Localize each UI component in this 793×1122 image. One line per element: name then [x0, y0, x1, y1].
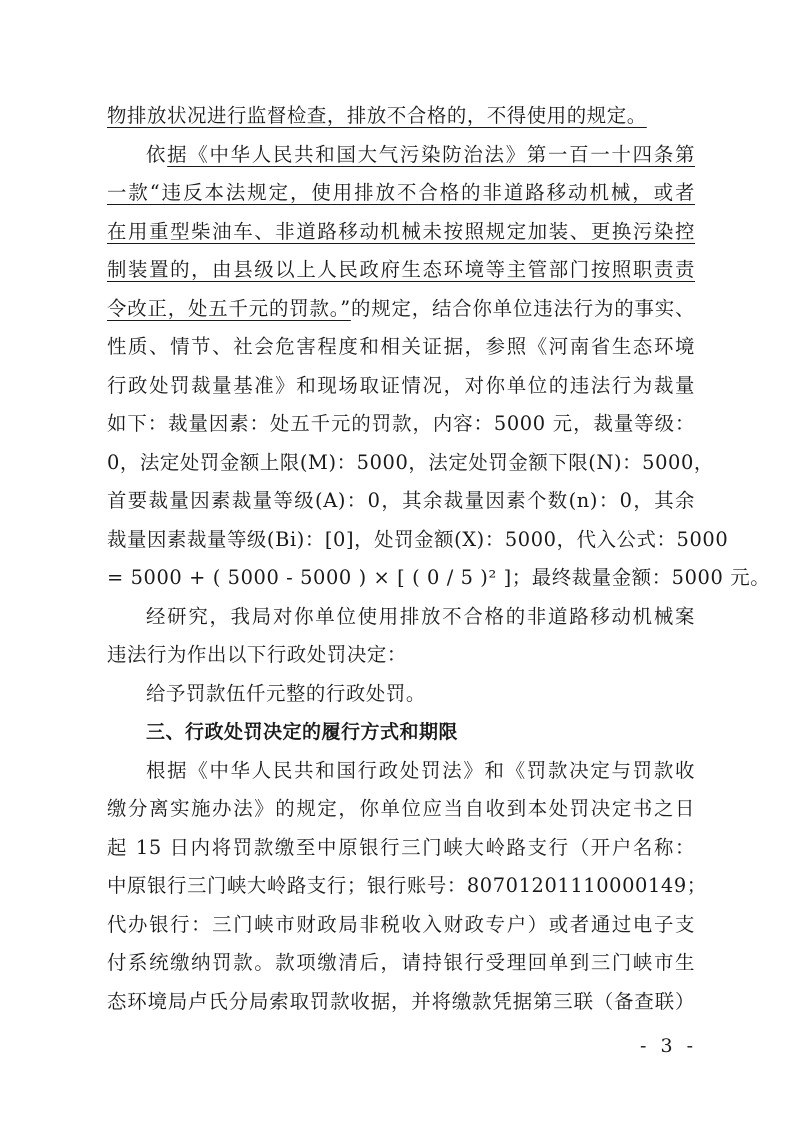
paragraph-line: 根据《中华人民共和国行政处罚法》和《罚款决定与罚款收: [107, 752, 695, 790]
text-segment: 如下：裁量因素：处五千元的罚款，内容：5000 元，裁量等级：: [107, 412, 695, 435]
paragraph-line: 制装置的，由县级以上人民政府生态环境等主管部门按照职责责: [107, 251, 695, 289]
text-segment: 行政处罚裁量基准》和现场取证情况，对你单位的违法行为裁量: [107, 374, 695, 397]
paragraph-line: 0，法定处罚金额上限(M)：5000，法定处罚金额下限(N)：5000，: [107, 444, 695, 482]
underlined-text: 制装置的，由县级以上人民政府生态环境等主管部门按照职责责: [107, 258, 695, 281]
text-segment: 性质、情节、社会危害程度和相关证据，参照《河南省生态环境: [107, 335, 695, 358]
text-segment: 起 15 日内将罚款缴至中原银行三门峡大岭路支行（开户名称：: [107, 836, 695, 859]
formula-line: = 5000 + ( 5000 - 5000 ) × [ ( 0 / 5 )² …: [107, 559, 695, 597]
paragraph-line: 缴分离实施办法》的规定，你单位应当自收到本处罚决定书之日: [107, 790, 695, 828]
section-heading: 三、行政处罚决定的履行方式和期限: [107, 713, 458, 751]
paragraph-line: 一款“违反本法规定，使用排放不合格的非道路移动机械，或者: [107, 174, 695, 212]
text-segment: 的规定，结合你单位违法行为的事实、: [351, 297, 695, 320]
text-segment: 0，法定处罚金额上限(M)：5000，法定处罚金额下限(N)：5000，: [107, 451, 714, 474]
text-segment: 付系统缴纳罚款。款项缴清后，请持银行受理回单到三门峡市生: [107, 951, 695, 974]
paragraph-line: 物排放状况进行监督检查，排放不合格的，不得使用的规定。: [107, 97, 647, 135]
underlined-text: 令改正，处五千元的罚款。”: [107, 297, 351, 320]
paragraph-line: 代办银行：三门峡市财政局非税收入财政专户）或者通过电子支: [107, 906, 695, 944]
paragraph-line: 令改正，处五千元的罚款。”的规定，结合你单位违法行为的事实、: [107, 290, 695, 328]
text-segment: 代办银行：三门峡市财政局非税收入财政专户）或者通过电子支: [107, 913, 695, 936]
paragraph-line: 依据《中华人民共和国大气污染防治法》第一百一十四条第: [107, 136, 695, 174]
text-segment: 中原银行三门峡大岭路支行；银行账号：80701201110000149；: [107, 874, 707, 897]
text-segment: 首要裁量因素裁量等级(A)：0，其余裁量因素个数(n)：0，其余: [107, 489, 695, 512]
text-segment: 态环境局卢氏分局索取罚款收据，并将缴款凭据第三联（备查联）: [107, 990, 695, 1013]
underlined-text: 在用重型柴油车、非道路移动机械未按照规定加装、更换污染控: [107, 220, 695, 243]
paragraph-line: 经研究，我局对你单位使用排放不合格的非道路移动机械案: [107, 598, 695, 636]
page-number: - 3 -: [640, 1035, 697, 1057]
paragraph-line: 违法行为作出以下行政处罚决定：: [107, 636, 407, 674]
text-segment: 违法行为作出以下行政处罚决定：: [107, 643, 407, 666]
text-segment: 缴分离实施办法》的规定，你单位应当自收到本处罚决定书之日: [107, 797, 695, 820]
text-segment: 经研究，我局对你单位使用排放不合格的非道路移动机械案: [146, 605, 695, 628]
text-segment: 根据《中华人民共和国行政处罚法》和《罚款决定与罚款收: [146, 759, 695, 782]
section-heading-text: 三、行政处罚决定的履行方式和期限: [146, 721, 458, 743]
paragraph-line: 首要裁量因素裁量等级(A)：0，其余裁量因素个数(n)：0，其余: [107, 482, 695, 520]
decision-line: 给予罚款伍仟元整的行政处罚。: [107, 675, 426, 713]
paragraph-line: 行政处罚裁量基准》和现场取证情况，对你单位的违法行为裁量: [107, 367, 695, 405]
paragraph-line: 性质、情节、社会危害程度和相关证据，参照《河南省生态环境: [107, 328, 695, 366]
paragraph-line: 在用重型柴油车、非道路移动机械未按照规定加装、更换污染控: [107, 213, 695, 251]
underlined-text: 据《中华人民共和国大气污染防治法》: [167, 143, 527, 166]
text-segment: 依: [146, 143, 167, 166]
underlined-text: 物排放状况进行监督检查，排放不合格的，不得使用的规定。: [107, 104, 647, 127]
paragraph-line: 态环境局卢氏分局索取罚款收据，并将缴款凭据第三联（备查联）: [107, 983, 695, 1021]
formula-text: = 5000 + ( 5000 - 5000 ) × [ ( 0 / 5 )² …: [107, 566, 770, 589]
underlined-text: 第一百一十四条第: [527, 143, 695, 166]
paragraph-line: 付系统缴纳罚款。款项缴清后，请持银行受理回单到三门峡市生: [107, 944, 695, 982]
text-segment: 裁量因素裁量等级(Bi)：[0]，处罚金额(X)：5000，代入公式：5000: [107, 528, 728, 551]
paragraph-line: 裁量因素裁量等级(Bi)：[0]，处罚金额(X)：5000，代入公式：5000: [107, 521, 695, 559]
paragraph-line: 如下：裁量因素：处五千元的罚款，内容：5000 元，裁量等级：: [107, 405, 695, 443]
paragraph-line: 中原银行三门峡大岭路支行；银行账号：80701201110000149；: [107, 867, 695, 905]
underlined-text: 一款“违反本法规定，使用排放不合格的非道路移动机械，或者: [107, 181, 695, 204]
decision-text: 给予罚款伍仟元整的行政处罚。: [146, 682, 426, 705]
paragraph-line: 起 15 日内将罚款缴至中原银行三门峡大岭路支行（开户名称：: [107, 829, 695, 867]
